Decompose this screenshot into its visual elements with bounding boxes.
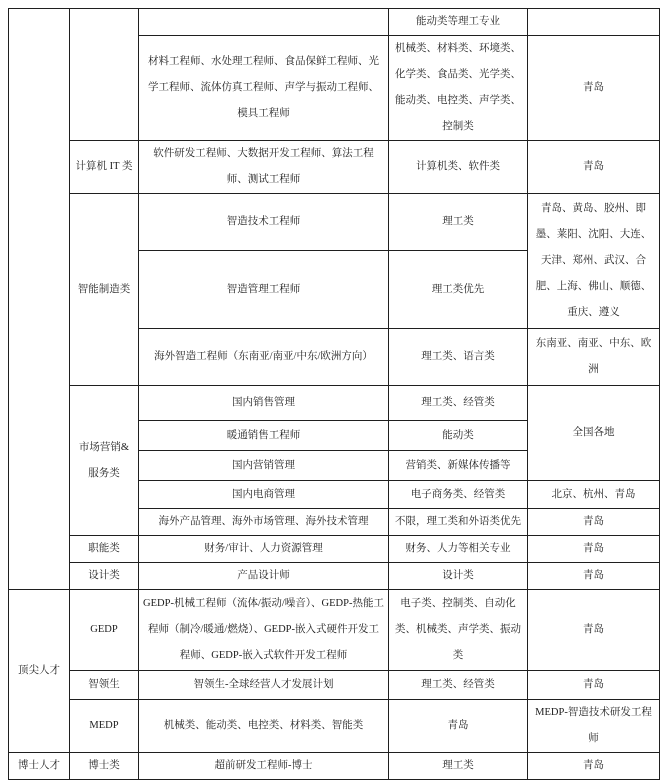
- recruitment-table: 能动类等理工专业材料工程师、水处理工程师、食品保鲜工程师、光学工程师、流体仿真工…: [8, 8, 660, 780]
- document-page: 能动类等理工专业材料工程师、水处理工程师、食品保鲜工程师、光学工程师、流体仿真工…: [0, 0, 663, 782]
- category-marketing-service: 市场营销&服务类: [70, 386, 139, 536]
- positions-hvac-sales-engineer: 暖通销售工程师: [139, 421, 389, 451]
- majors-design: 设计类: [389, 563, 528, 590]
- location-qingdao: 青岛: [528, 671, 660, 700]
- positions-product-designer: 产品设计师: [139, 563, 389, 590]
- location-qingdao: 青岛: [528, 590, 660, 671]
- positions-software-engineers: 软件研发工程师、大数据开发工程师、算法工程师、测试工程师: [139, 141, 389, 194]
- majors-computer-software: 计算机类、软件类: [389, 141, 528, 194]
- talent-group-top-talent: 顶尖人才: [9, 590, 70, 753]
- positions-smart-mfg-management-engineer: 智造管理工程师: [139, 251, 389, 329]
- location-qingdao: 青岛: [528, 536, 660, 563]
- table-row: 能动类等理工专业: [9, 9, 660, 36]
- table-row: 智领生智领生-全球经营人才发展计划理工类、经管类青岛: [9, 671, 660, 700]
- positions-blank: [139, 9, 389, 36]
- positions-smart-mfg-tech-engineer: 智造技术工程师: [139, 194, 389, 251]
- majors-electronics-control-automation: 电子类、控制类、自动化类、机械类、声学类、振动类: [389, 590, 528, 671]
- table-row: 智能制造类智造技术工程师理工类青岛、黄岛、胶州、即墨、莱阳、沈阳、大连、天津、郑…: [9, 194, 660, 251]
- majors-science-engineering-preferred: 理工类优先: [389, 251, 528, 329]
- table-row: 顶尖人才GEDPGEDP-机械工程师（流体/振动/噪音）、GEDP-热能工程师（…: [9, 590, 660, 671]
- category-phd: 博士类: [70, 753, 139, 780]
- majors-sci-eng: 理工类: [389, 753, 528, 780]
- majors-science-engineering: 理工类: [389, 194, 528, 251]
- majors-unlimited-sci-eng-foreign-language: 不限，理工类和外语类优先: [389, 509, 528, 536]
- positions-overseas-smart-mfg-engineer: 海外智造工程师（东南亚/南亚/中东/欧洲方向）: [139, 329, 389, 386]
- location-domestic-cities: 青岛、黄岛、胶州、即墨、莱阳、沈阳、大连、天津、郑州、武汉、合肥、上海、佛山、顺…: [528, 194, 660, 329]
- majors-energy: 能动类: [389, 421, 528, 451]
- table-row: 计算机 IT 类软件研发工程师、大数据开发工程师、算法工程师、测试工程师计算机类…: [9, 141, 660, 194]
- positions-domestic-marketing-management: 国内营销管理: [139, 451, 389, 481]
- positions-gedp-engineers: GEDP-机械工程师（流体/振动/噪音）、GEDP-热能工程师（制冷/暖通/燃烧…: [139, 590, 389, 671]
- positions-domestic-sales-management: 国内销售管理: [139, 386, 389, 421]
- table-row: 设计类产品设计师设计类青岛: [9, 563, 660, 590]
- majors-sci-eng-business: 理工类、经管类: [389, 671, 528, 700]
- location-nationwide: 全国各地: [528, 386, 660, 481]
- location-qingdao: 青岛: [528, 563, 660, 590]
- talent-group-phd-talent: 博士人才: [9, 753, 70, 780]
- positions-overseas-product-market-tech-management: 海外产品管理、海外市场管理、海外技术管理: [139, 509, 389, 536]
- talent-group-blank: [9, 9, 70, 590]
- location-qingdao: 青岛: [528, 141, 660, 194]
- positions-global-management-talent-program: 智领生-全球经营人才发展计划: [139, 671, 389, 700]
- category-smart-manufacturing: 智能制造类: [70, 194, 139, 386]
- location-overseas-regions: 东南亚、南亚、中东、欧洲: [528, 329, 660, 386]
- category-functional: 职能类: [70, 536, 139, 563]
- category-design: 设计类: [70, 563, 139, 590]
- category-blank: [70, 9, 139, 141]
- majors-sci-eng-language: 理工类、语言类: [389, 329, 528, 386]
- location-beijing-hangzhou-qingdao: 北京、杭州、青岛: [528, 481, 660, 509]
- majors-qingdao: 青岛: [389, 700, 528, 753]
- majors-finance-hr: 财务、人力等相关专业: [389, 536, 528, 563]
- positions-advanced-rd-engineer-phd: 超前研发工程师-博士: [139, 753, 389, 780]
- category-computer-it: 计算机 IT 类: [70, 141, 139, 194]
- location-blank: [528, 9, 660, 36]
- majors-sci-eng-business: 理工类、经管类: [389, 386, 528, 421]
- positions-materials-engineers: 材料工程师、水处理工程师、食品保鲜工程师、光学工程师、流体仿真工程师、声学与振动…: [139, 36, 389, 141]
- category-gedp: GEDP: [70, 590, 139, 671]
- table-row: 职能类财务/审计、人力资源管理财务、人力等相关专业青岛: [9, 536, 660, 563]
- majors-energy-engineering: 能动类等理工专业: [389, 9, 528, 36]
- table-row: 博士人才博士类超前研发工程师-博士理工类青岛: [9, 753, 660, 780]
- location-qingdao: 青岛: [528, 509, 660, 536]
- location-medp-engineer: MEDP-智造技术研发工程师: [528, 700, 660, 753]
- positions-medp-majors: 机械类、能动类、电控类、材料类、智能类: [139, 700, 389, 753]
- positions-domestic-ecommerce-management: 国内电商管理: [139, 481, 389, 509]
- category-zhilingsheng: 智领生: [70, 671, 139, 700]
- table-body: 能动类等理工专业材料工程师、水处理工程师、食品保鲜工程师、光学工程师、流体仿真工…: [9, 9, 660, 780]
- location-qingdao: 青岛: [528, 36, 660, 141]
- majors-marketing-new-media: 营销类、新媒体传播等: [389, 451, 528, 481]
- location-qingdao: 青岛: [528, 753, 660, 780]
- majors-ecommerce-business: 电子商务类、经管类: [389, 481, 528, 509]
- majors-mechanical-materials: 机械类、材料类、环境类、化学类、食品类、光学类、能动类、电控类、声学类、控制类: [389, 36, 528, 141]
- table-row: 市场营销&服务类国内销售管理理工类、经管类全国各地: [9, 386, 660, 421]
- positions-finance-audit-hr: 财务/审计、人力资源管理: [139, 536, 389, 563]
- table-row: MEDP机械类、能动类、电控类、材料类、智能类青岛MEDP-智造技术研发工程师: [9, 700, 660, 753]
- category-medp: MEDP: [70, 700, 139, 753]
